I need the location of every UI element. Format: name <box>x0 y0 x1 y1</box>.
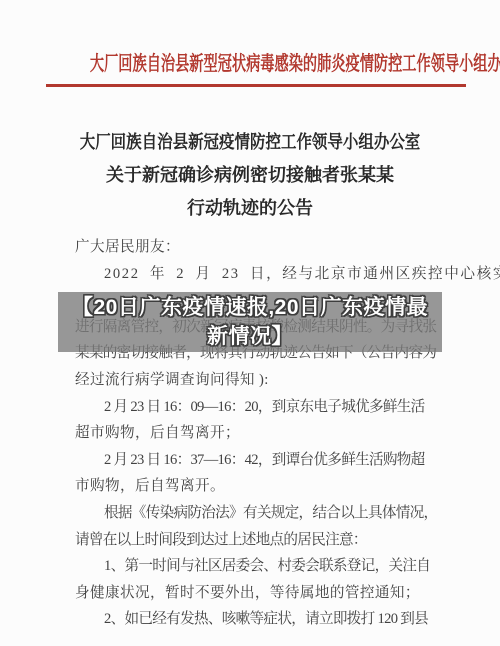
body-line-item-1: 1、第一时间与社区居委会、村委会联系登记，关注自 <box>75 553 435 580</box>
body-line-item-2: 2、如已经有发热、咳嗽等症状，请立即拨打 120 到县 <box>75 606 435 633</box>
document-title-line1: 大厂回族自治县新冠疫情防控工作领导小组办公室 <box>0 126 500 159</box>
headline-overlay-line2: 新情况】 <box>58 322 442 351</box>
body-line-salutation: 广大居民朋友： <box>75 234 435 261</box>
body-line: 超市购物，后自驾离开； <box>75 420 435 447</box>
body-line: 根据《传染病防治法》有关规定，结合以上具体情况， <box>75 500 435 527</box>
body-line: 经过流行病学调查询问得知 ): <box>75 367 435 394</box>
document-title-line1-text: 大厂回族自治县新冠疫情防控工作领导小组办公室 <box>80 126 421 159</box>
letterhead-banner: 大厂回族自治县新型冠状病毒感染的肺炎疫情防控工作领导小组办公室 <box>0 47 500 76</box>
body-line-itinerary: 2 月 23 日 16：37—16：42，到谭台优多鲜生活购物超 <box>75 447 435 474</box>
letterhead-rule <box>46 84 466 87</box>
body-line-itinerary: 2 月 23 日 16：09—16：20，到京东电子城优多鲜生活 <box>75 394 435 421</box>
headline-overlay-line1: 【20日广东疫情速报,20日广东疫情最 <box>58 293 442 322</box>
document-title-line2: 关于新冠确诊病例密切接触者张某某 <box>0 159 500 192</box>
document-title-line3: 行动轨迹的公告 <box>0 192 500 225</box>
body-line: 请曾在以上时间段到达过上述地点的居民注意： <box>75 527 435 554</box>
headline-overlay-text: 【20日广东疫情速报,20日广东疫情最 新情况】 <box>58 293 442 351</box>
body-line: 2022 年 2 月 23 日，经与北京市通州区疾控中心核实， <box>75 261 435 288</box>
body-line: 身健康状况，暂时不要外出，等待属地的管控通知； <box>75 580 435 607</box>
letterhead-text: 大厂回族自治县新型冠状病毒感染的肺炎疫情防控工作领导小组办公室 <box>90 47 500 76</box>
headline-overlay-band: 【20日广东疫情速报,20日广东疫情最 新情况】 <box>58 292 442 352</box>
document-scan: 大厂回族自治县新型冠状病毒感染的肺炎疫情防控工作领导小组办公室 大厂回族自治县新… <box>0 0 500 646</box>
document-title: 大厂回族自治县新冠疫情防控工作领导小组办公室 关于新冠确诊病例密切接触者张某某 … <box>0 126 500 225</box>
body-line: 市购物，后自驾离开。 <box>75 473 435 500</box>
